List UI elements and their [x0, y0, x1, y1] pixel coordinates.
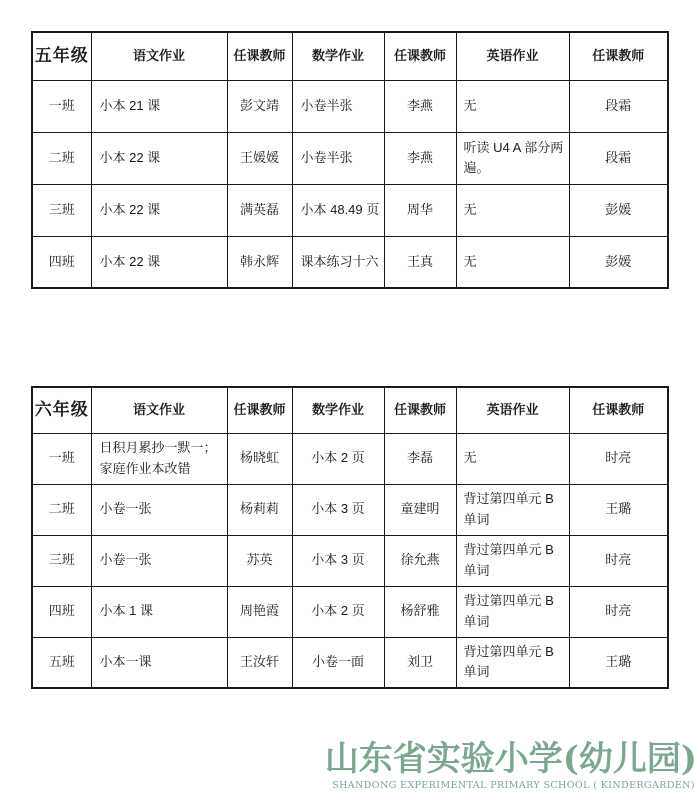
header-english-teacher: 任课教师	[569, 32, 668, 80]
english-teacher-cell: 时亮	[569, 433, 668, 484]
school-logo: 山东省实验小学(幼儿园) SHANDONG EXPERIMENTAL PRIMA…	[277, 741, 697, 791]
table-row: 四班 小本 22 课 韩永辉 课本练习十六 王真 无 彭媛	[32, 236, 668, 288]
chinese-homework-cell: 小本一课	[91, 637, 227, 688]
class-cell: 一班	[32, 80, 91, 132]
english-teacher-cell: 彭媛	[569, 184, 668, 236]
chinese-teacher-cell: 杨莉莉	[227, 484, 292, 535]
table-row: 二班 小本 22 课 王媛媛 小卷半张 李燕 听读 U4 A 部分两遍。 段霜	[32, 132, 668, 184]
math-homework-cell: 小本 2 页	[292, 586, 384, 637]
math-homework-cell: 课本练习十六	[292, 236, 384, 288]
math-homework-cell: 小卷一面	[292, 637, 384, 688]
class-cell: 二班	[32, 132, 91, 184]
chinese-teacher-cell: 满英磊	[227, 184, 292, 236]
header-chinese-teacher: 任课教师	[227, 387, 292, 433]
header-chinese-homework: 语文作业	[91, 32, 227, 80]
math-homework-cell: 小本 3 页	[292, 535, 384, 586]
english-teacher-cell: 时亮	[569, 586, 668, 637]
english-teacher-cell: 彭媛	[569, 236, 668, 288]
english-teacher-cell: 王璐	[569, 637, 668, 688]
class-cell: 三班	[32, 184, 91, 236]
class-cell: 四班	[32, 586, 91, 637]
class-cell: 一班	[32, 433, 91, 484]
chinese-homework-cell: 小本 22 课	[91, 236, 227, 288]
chinese-teacher-cell: 韩永辉	[227, 236, 292, 288]
grade5-homework-table: 五年级 语文作业 任课教师 数学作业 任课教师 英语作业 任课教师 一班 小本 …	[31, 31, 669, 289]
header-math-teacher: 任课教师	[384, 387, 456, 433]
school-name-chinese: 山东省实验小学(幼儿园)	[277, 741, 697, 778]
math-teacher-cell: 李燕	[384, 132, 456, 184]
school-name-english: SHANDONG EXPERIMENTAL PRIMARY SCHOOL ( K…	[277, 780, 697, 791]
math-teacher-cell: 徐允燕	[384, 535, 456, 586]
math-teacher-cell: 杨舒雅	[384, 586, 456, 637]
english-homework-cell: 背过第四单元 B 单词	[456, 535, 569, 586]
chinese-teacher-cell: 周艳霞	[227, 586, 292, 637]
table-row: 四班 小本 1 课 周艳霞 小本 2 页 杨舒雅 背过第四单元 B 单词 时亮	[32, 586, 668, 637]
chinese-homework-cell: 小本 22 课	[91, 184, 227, 236]
chinese-homework-cell: 小本 21 课	[91, 80, 227, 132]
header-chinese-teacher: 任课教师	[227, 32, 292, 80]
chinese-teacher-cell: 杨晓虹	[227, 433, 292, 484]
chinese-teacher-cell: 苏英	[227, 535, 292, 586]
table-row: 二班 小卷一张 杨莉莉 小本 3 页 童建明 背过第四单元 B 单词 王璐	[32, 484, 668, 535]
header-english-homework: 英语作业	[456, 32, 569, 80]
class-cell: 二班	[32, 484, 91, 535]
grade5-label: 五年级	[32, 32, 91, 80]
chinese-homework-cell: 小卷一张	[91, 484, 227, 535]
math-teacher-cell: 周华	[384, 184, 456, 236]
math-teacher-cell: 刘卫	[384, 637, 456, 688]
chinese-homework-cell: 小卷一张	[91, 535, 227, 586]
header-english-teacher: 任课教师	[569, 387, 668, 433]
english-homework-cell: 无	[456, 184, 569, 236]
math-teacher-cell: 李燕	[384, 80, 456, 132]
grade6-homework-table: 六年级 语文作业 任课教师 数学作业 任课教师 英语作业 任课教师 一班 日积月…	[31, 386, 669, 689]
english-homework-cell: 背过第四单元 B 单词	[456, 586, 569, 637]
grade6-label: 六年级	[32, 387, 91, 433]
class-cell: 五班	[32, 637, 91, 688]
math-homework-cell: 小本 3 页	[292, 484, 384, 535]
table-row: 三班 小本 22 课 满英磊 小本 48.49 页 周华 无 彭媛	[32, 184, 668, 236]
table-row: 一班 日积月累抄一默一；家庭作业本改错 杨晓虹 小本 2 页 李磊 无 时亮	[32, 433, 668, 484]
header-math-homework: 数学作业	[292, 387, 384, 433]
table-row: 三班 小卷一张 苏英 小本 3 页 徐允燕 背过第四单元 B 单词 时亮	[32, 535, 668, 586]
table-row: 五班 小本一课 王汝轩 小卷一面 刘卫 背过第四单元 B 单词 王璐	[32, 637, 668, 688]
chinese-teacher-cell: 王媛媛	[227, 132, 292, 184]
header-math-homework: 数学作业	[292, 32, 384, 80]
english-homework-cell: 无	[456, 236, 569, 288]
english-teacher-cell: 段霜	[569, 80, 668, 132]
class-cell: 三班	[32, 535, 91, 586]
header-math-teacher: 任课教师	[384, 32, 456, 80]
english-homework-cell: 背过第四单元 B 单词	[456, 484, 569, 535]
grade6-header-row: 六年级 语文作业 任课教师 数学作业 任课教师 英语作业 任课教师	[32, 387, 668, 433]
chinese-homework-cell: 小本 1 课	[91, 586, 227, 637]
math-teacher-cell: 李磊	[384, 433, 456, 484]
english-homework-cell: 无	[456, 80, 569, 132]
math-teacher-cell: 童建明	[384, 484, 456, 535]
table-row: 一班 小本 21 课 彭文靖 小卷半张 李燕 无 段霜	[32, 80, 668, 132]
english-homework-cell: 背过第四单元 B 单词	[456, 637, 569, 688]
header-english-homework: 英语作业	[456, 387, 569, 433]
chinese-homework-cell: 日积月累抄一默一；家庭作业本改错	[91, 433, 227, 484]
chinese-homework-cell: 小本 22 课	[91, 132, 227, 184]
math-homework-cell: 小本 48.49 页	[292, 184, 384, 236]
chinese-teacher-cell: 王汝轩	[227, 637, 292, 688]
english-teacher-cell: 时亮	[569, 535, 668, 586]
chinese-teacher-cell: 彭文靖	[227, 80, 292, 132]
english-homework-cell: 无	[456, 433, 569, 484]
grade5-header-row: 五年级 语文作业 任课教师 数学作业 任课教师 英语作业 任课教师	[32, 32, 668, 80]
math-teacher-cell: 王真	[384, 236, 456, 288]
english-teacher-cell: 王璐	[569, 484, 668, 535]
class-cell: 四班	[32, 236, 91, 288]
math-homework-cell: 小卷半张	[292, 132, 384, 184]
english-homework-cell: 听读 U4 A 部分两遍。	[456, 132, 569, 184]
math-homework-cell: 小卷半张	[292, 80, 384, 132]
header-chinese-homework: 语文作业	[91, 387, 227, 433]
english-teacher-cell: 段霜	[569, 132, 668, 184]
math-homework-cell: 小本 2 页	[292, 433, 384, 484]
